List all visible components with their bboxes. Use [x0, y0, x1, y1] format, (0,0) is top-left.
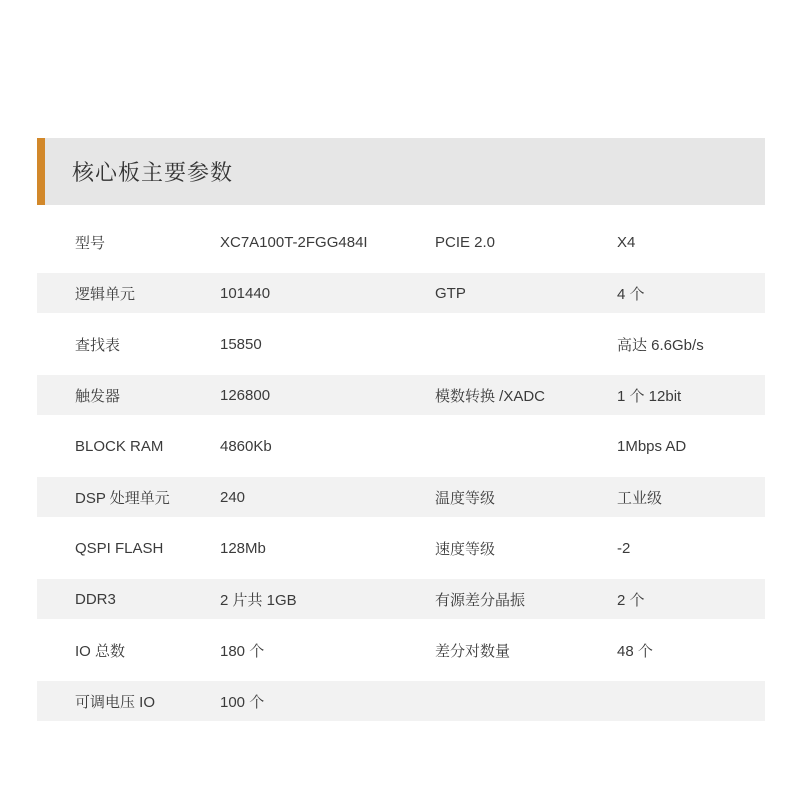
param-value-left: 2 片共 1GB — [220, 589, 435, 610]
param-value-right: 高达 6.6Gb/s — [617, 334, 765, 355]
param-value-right: 工业级 — [617, 487, 765, 508]
param-value-left: 128Mb — [220, 540, 435, 557]
param-value-right: 2 个 — [617, 589, 765, 610]
spec-row: DSP 处理单元 240 温度等级 工业级 — [37, 472, 765, 523]
param-value-left: 101440 — [220, 285, 435, 302]
spec-row: 型号 XC7A100T-2FGG484I PCIE 2.0 X4 — [37, 217, 765, 268]
param-name-left: 型号 — [75, 232, 220, 253]
param-name-right: 温度等级 — [435, 487, 617, 508]
param-name-left: 触发器 — [75, 385, 220, 406]
param-value-left: 126800 — [220, 387, 435, 404]
spec-row: 逻辑单元 101440 GTP 4 个 — [37, 268, 765, 319]
param-value-right: 1 个 12bit — [617, 385, 765, 406]
param-name-left: IO 总数 — [75, 640, 220, 661]
param-value-right: 48 个 — [617, 640, 765, 661]
param-name-left: 可调电压 IO — [75, 691, 220, 712]
spec-table: 型号 XC7A100T-2FGG484I PCIE 2.0 X4 逻辑单元 10… — [37, 217, 765, 727]
param-value-right: 4 个 — [617, 283, 765, 304]
spec-row: DDR3 2 片共 1GB 有源差分晶振 2 个 — [37, 574, 765, 625]
param-name-right: GTP — [435, 285, 617, 302]
param-value-left: 100 个 — [220, 691, 435, 712]
param-name-right: PCIE 2.0 — [435, 234, 617, 251]
param-name-left: 逻辑单元 — [75, 283, 220, 304]
param-value-left: XC7A100T-2FGG484I — [220, 234, 435, 251]
param-name-right: 差分对数量 — [435, 640, 617, 661]
param-value-left: 4860Kb — [220, 438, 435, 455]
param-name-left: BLOCK RAM — [75, 438, 220, 455]
param-name-right: 有源差分晶振 — [435, 589, 617, 610]
param-value-left: 180 个 — [220, 640, 435, 661]
param-name-left: QSPI FLASH — [75, 540, 220, 557]
section-header: 核心板主要参数 — [37, 138, 765, 205]
section-title: 核心板主要参数 — [45, 156, 233, 187]
param-name-right: 模数转换 /XADC — [435, 385, 617, 406]
param-value-right: -2 — [617, 540, 765, 557]
param-value-left: 240 — [220, 489, 435, 506]
param-name-left: DSP 处理单元 — [75, 487, 220, 508]
param-value-right: 1Mbps AD — [617, 438, 765, 455]
param-value-right: X4 — [617, 234, 765, 251]
param-name-right: 速度等级 — [435, 538, 617, 559]
spec-row: 触发器 126800 模数转换 /XADC 1 个 12bit — [37, 370, 765, 421]
page: 核心板主要参数 型号 XC7A100T-2FGG484I PCIE 2.0 X4… — [0, 0, 800, 800]
param-name-left: 查找表 — [75, 334, 220, 355]
spec-row: 可调电压 IO 100 个 — [37, 676, 765, 727]
param-value-left: 15850 — [220, 336, 435, 353]
spec-row: 查找表 15850 高达 6.6Gb/s — [37, 319, 765, 370]
spec-section: 核心板主要参数 型号 XC7A100T-2FGG484I PCIE 2.0 X4… — [37, 138, 765, 727]
param-name-left: DDR3 — [75, 591, 220, 608]
spec-row: QSPI FLASH 128Mb 速度等级 -2 — [37, 523, 765, 574]
spec-row: BLOCK RAM 4860Kb 1Mbps AD — [37, 421, 765, 472]
spec-row: IO 总数 180 个 差分对数量 48 个 — [37, 625, 765, 676]
